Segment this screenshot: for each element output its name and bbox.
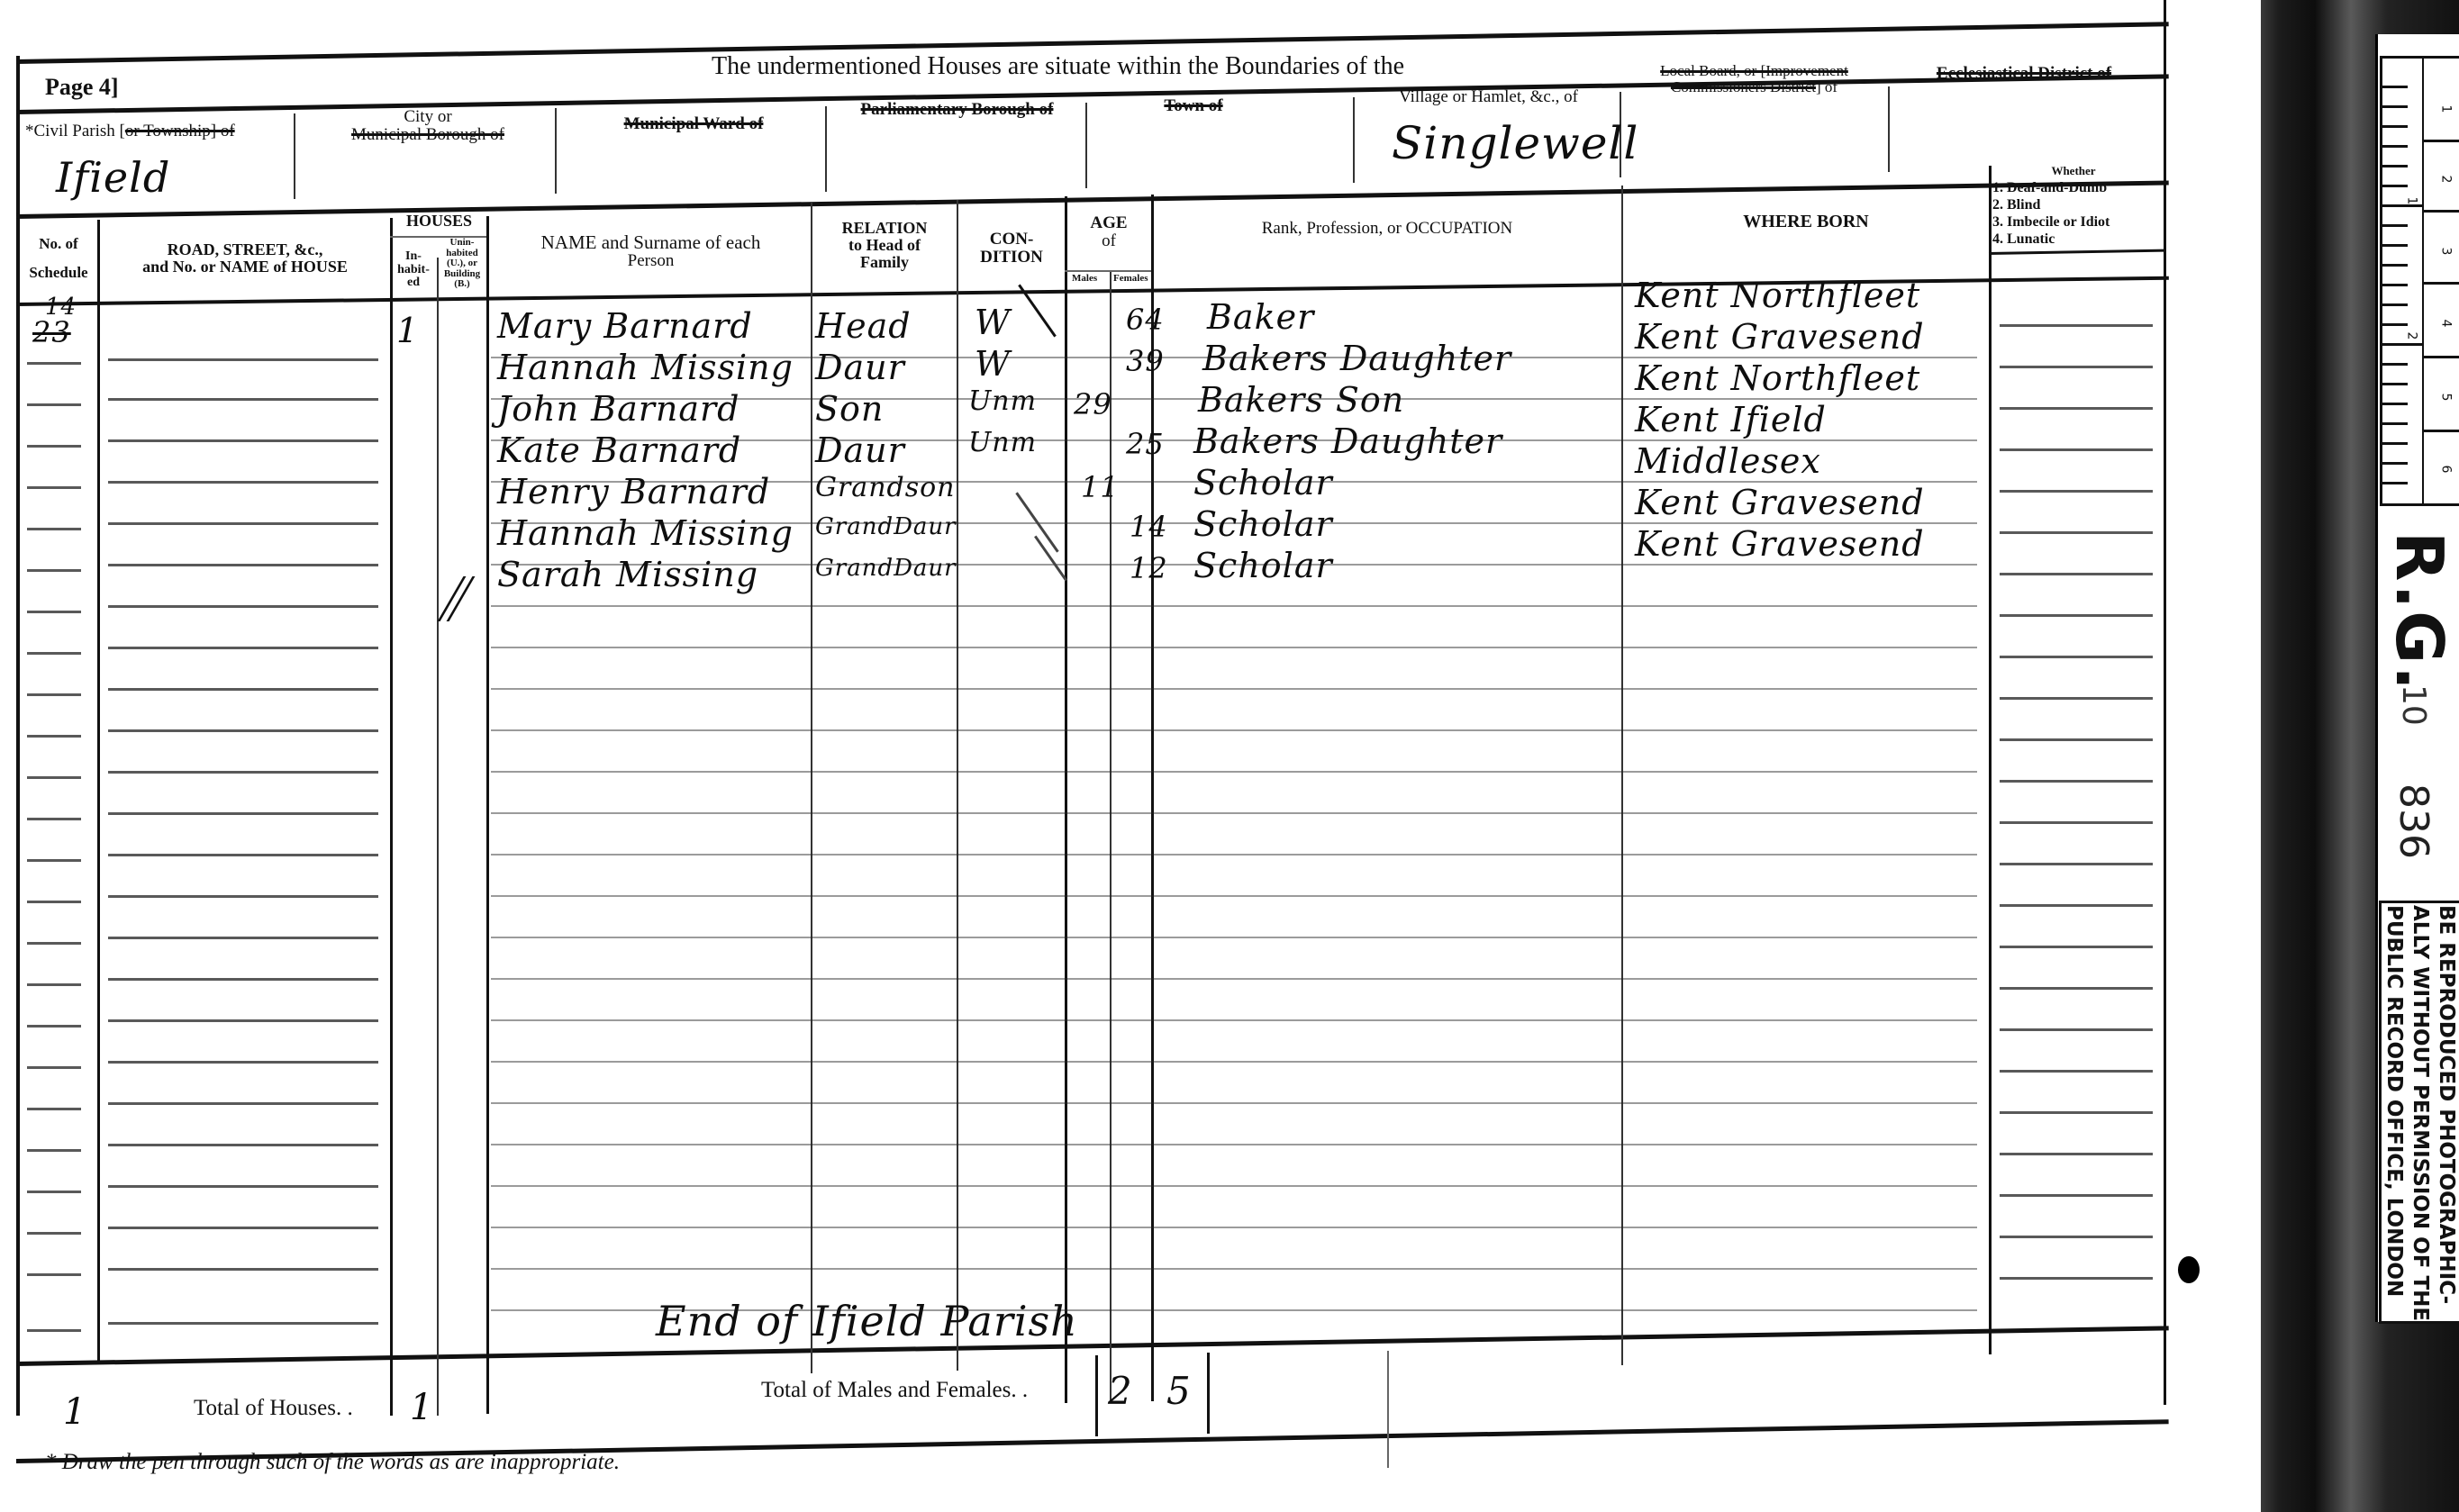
col-age-header: AGE of	[1066, 214, 1151, 250]
col-age-males: Males	[1072, 273, 1097, 284]
person-occupation: Baker	[1207, 297, 1314, 337]
total-schedules: 1	[63, 1391, 86, 1433]
total-persons-label: Total of Males and Females. .	[761, 1378, 1028, 1403]
person-occupation: Scholar	[1193, 463, 1333, 502]
person-name: Sarah Missing	[497, 555, 758, 594]
col-condition-header: CON- DITION	[958, 231, 1065, 267]
person-condition: W	[975, 344, 1011, 384]
person-occupation: Scholar	[1193, 546, 1333, 585]
person-age-female: 12	[1130, 551, 1168, 585]
village-hamlet-value: Singlewell	[1392, 117, 1638, 169]
civil-parish-label: *Civil Parish [or Township] of	[25, 122, 235, 141]
col-uninhabited-header: Unin- habited (U.), or Building (B.)	[439, 238, 485, 290]
footnote: * Draw the pen through such of the words…	[45, 1450, 620, 1475]
col-age-females: Females	[1113, 273, 1148, 284]
person-where-born: Middlesex	[1635, 441, 1821, 481]
form-right-border	[2164, 0, 2166, 1405]
person-age-female: 39	[1126, 344, 1165, 378]
person-where-born: Kent Northfleet	[1635, 358, 1920, 398]
parliamentary-borough-label: Parliamentary Borough of	[829, 101, 1085, 119]
ruler-cm: 6	[2438, 466, 2453, 474]
city-borough-label: City or Municipal Borough of	[306, 108, 549, 144]
person-condition: Unm	[968, 385, 1037, 417]
ecclesiastical-district-label: Ecclesiastical District of	[1893, 65, 2155, 83]
end-rule	[16, 1326, 2169, 1366]
total-houses-inhabited: 1	[410, 1387, 433, 1428]
ruler-number: 2	[2404, 332, 2418, 340]
person-occupation: Bakers Son	[1198, 380, 1404, 420]
person-relation: Daur	[815, 348, 905, 387]
municipal-ward-label: Municipal Ward of	[567, 115, 820, 133]
person-where-born: Kent Gravesend	[1635, 524, 1925, 564]
col-relation-header: RELATION to Head of Family	[812, 220, 957, 271]
measurement-ruler: 1 2 1 2 3 4 5 6	[2380, 56, 2459, 506]
col-road-header: ROAD, STREET, &c., and No. or NAME of HO…	[101, 241, 389, 276]
village-hamlet-label: Village or Hamlet, &c., of	[1360, 88, 1617, 106]
col-occupation-header: Rank, Profession, or OCCUPATION	[1162, 220, 1612, 238]
ruler-number: 1	[2404, 197, 2418, 205]
form-title: The undermentioned Houses are situate wi…	[712, 52, 1404, 81]
person-occupation: Bakers Daughter	[1202, 339, 1511, 378]
civil-parish-value: Ifield	[56, 153, 170, 202]
person-age-female: 25	[1126, 427, 1165, 461]
person-condition: W	[975, 303, 1011, 342]
record-series-label: R.G.	[2382, 531, 2457, 657]
col-infirmity-header: Whether 1. Deaf-and-Dumb 2. Blind 3. Imb…	[1992, 162, 2155, 248]
person-age-male: 11	[1081, 470, 1120, 504]
person-relation: GrandDaur	[815, 555, 957, 582]
ruler-cm: 5	[2438, 394, 2453, 402]
col-houses-header: HOUSES	[392, 213, 486, 230]
person-age-female: 64	[1126, 303, 1165, 337]
person-occupation: Bakers Daughter	[1193, 421, 1502, 461]
ruler-divider	[2422, 59, 2424, 503]
record-folio-number: 836	[2391, 783, 2436, 859]
end-of-parish-note: End of Ifield Parish	[656, 1297, 1078, 1345]
person-condition: Unm	[968, 427, 1037, 458]
ruler-cm: 2	[2438, 176, 2453, 184]
person-where-born: Kent Ifield	[1635, 400, 1827, 439]
town-label: Town of	[1126, 97, 1261, 115]
ruler-cm: 3	[2438, 248, 2453, 256]
person-name: John Barnard	[497, 389, 740, 429]
person-relation: Head	[815, 306, 912, 346]
person-name: Hannah Missing	[497, 513, 794, 553]
schedule-number-original: 23	[32, 315, 71, 349]
total-females: 5	[1166, 1369, 1192, 1413]
col-where-born-header: WHERE BORN	[1626, 213, 1986, 231]
person-occupation: Scholar	[1193, 504, 1333, 544]
person-relation: GrandDaur	[815, 513, 957, 540]
col-name-header: NAME and Surname of each Person	[491, 232, 811, 270]
person-name: Hannah Missing	[497, 348, 794, 387]
ink-blot	[2178, 1256, 2200, 1283]
person-where-born: Kent Northfleet	[1635, 276, 1920, 315]
houses-inhabited-value: 1	[396, 311, 419, 350]
person-age-female: 14	[1130, 510, 1168, 544]
total-houses-label: Total of Houses. .	[194, 1396, 353, 1421]
person-where-born: Kent Gravesend	[1635, 483, 1925, 522]
person-relation: Son	[815, 389, 884, 429]
person-age-male: 29	[1074, 387, 1112, 421]
person-name: Mary Barnard	[497, 306, 753, 346]
copyright-notice: BE REPRODUCED PHOTOGRAPHIC- ALLY WITHOUT…	[2381, 905, 2459, 1319]
person-relation: Daur	[815, 430, 905, 470]
local-board-label: Local Board, or [Improvement Commissione…	[1626, 63, 1883, 95]
ruler-cm: 1	[2438, 105, 2453, 113]
col-schedule-header: No. of Schedule	[20, 236, 97, 281]
total-males: 2	[1108, 1369, 1133, 1413]
col-inhabited-header: In- habit- ed	[391, 250, 436, 290]
person-where-born: Kent Gravesend	[1635, 317, 1925, 357]
record-piece-number: 10	[2395, 684, 2432, 726]
page-number: Page 4]	[45, 74, 119, 101]
ruler-cm: 4	[2438, 320, 2453, 328]
person-name: Kate Barnard	[497, 430, 741, 470]
person-relation: Grandson	[815, 472, 956, 503]
person-name: Henry Barnard	[497, 472, 770, 512]
